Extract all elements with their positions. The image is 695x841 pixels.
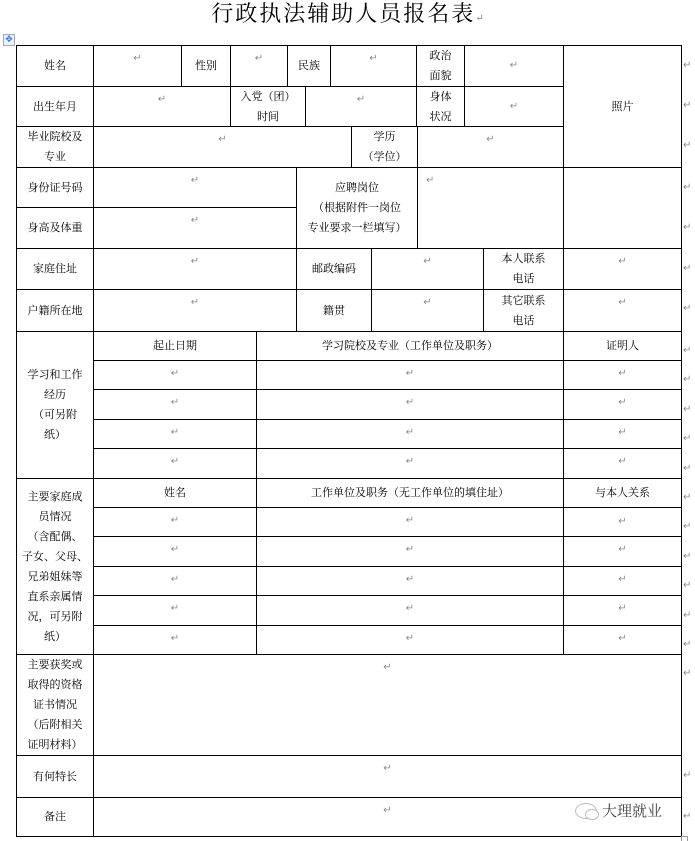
family-section-label: 主要家庭成 员情况 （含配偶、 子女、父母、 兄弟姐妹等 直系亲属情 况，可另附… [16, 478, 94, 655]
family-row-5-name[interactable]: ↵ [93, 625, 257, 655]
history-col-institution: 学习院校及专业（工作单位及职务） [256, 331, 564, 361]
phone-label: 本人联系 电话 [483, 248, 564, 290]
name-field[interactable]: ↵ [93, 45, 182, 87]
ethnicity-field[interactable]: ↵ [330, 45, 417, 87]
row-end-mark: ↵ [683, 811, 691, 822]
row-end-mark: ↵ [683, 182, 691, 193]
party-join-date-field[interactable]: ↵ [305, 86, 417, 127]
education-field[interactable]: ↵ [417, 126, 564, 168]
awards-field[interactable]: ↵ [93, 654, 682, 756]
family-row-2-employer[interactable]: ↵ [256, 536, 564, 567]
name-label: 姓名 [16, 45, 94, 87]
row-end-mark: ↵ [683, 140, 691, 151]
history-section-label: 学习和工作 经历 （可另附 纸） [16, 331, 94, 479]
party-join-date-label: 入党（团） 时间 [230, 86, 306, 127]
family-row-5-employer[interactable]: ↵ [256, 625, 564, 655]
history-row-3-institution[interactable]: ↵ [256, 419, 564, 449]
height-weight-label: 身高及体重 [16, 207, 94, 249]
health-field[interactable]: ↵ [464, 86, 564, 127]
id-number-label: 身份证号码 [16, 167, 94, 208]
birth-date-field[interactable]: ↵ [93, 86, 231, 127]
hukou-label: 户籍所在地 [16, 289, 94, 332]
hukou-field[interactable]: ↵ [93, 289, 297, 332]
family-row-3-name[interactable]: ↵ [93, 566, 257, 596]
history-row-2-dates[interactable]: ↵ [93, 389, 257, 420]
school-major-label: 毕业院校及 专业 [16, 126, 94, 168]
position-label: 应聘岗位 （根据附件一岗位 专业要求一栏填写） [296, 167, 418, 249]
watermark: 大理就业 [575, 800, 662, 821]
family-col-employer: 工作单位及职务（无工作单位的填住址） [256, 478, 564, 508]
history-row-1-institution[interactable]: ↵ [256, 360, 564, 390]
row-end-mark: ↵ [683, 100, 691, 111]
row-end-mark: ↵ [683, 668, 691, 679]
phone-field[interactable]: ↵ [563, 248, 682, 290]
home-address-field[interactable]: ↵ [93, 248, 297, 290]
history-row-3-witness[interactable]: ↵ [563, 419, 682, 449]
family-row-4-employer[interactable]: ↵ [256, 595, 564, 626]
row-end-mark: ↵ [683, 222, 691, 233]
gender-field[interactable]: ↵ [230, 45, 288, 87]
history-row-2-institution[interactable]: ↵ [256, 389, 564, 420]
native-place-field[interactable]: ↵ [371, 289, 484, 332]
row-end-mark: ↵ [683, 345, 691, 356]
family-col-relation: 与本人关系 [563, 478, 682, 508]
photo-box-lower [563, 167, 682, 249]
table-resize-handle-icon[interactable] [681, 836, 688, 841]
row-end-mark: ↵ [683, 263, 691, 274]
postal-code-field[interactable]: ↵ [371, 248, 484, 290]
title-text: 行政执法辅助人员报名表 [211, 2, 475, 27]
political-status-label: 政治 面貌 [416, 45, 465, 87]
other-phone-label: 其它联系 电话 [483, 289, 564, 332]
postal-code-label: 邮政编码 [296, 248, 372, 290]
family-row-1-name[interactable]: ↵ [93, 507, 257, 537]
family-row-5-relation[interactable]: ↵ [563, 625, 682, 655]
political-status-field[interactable]: ↵ [464, 45, 564, 87]
family-row-2-relation[interactable]: ↵ [563, 536, 682, 567]
history-row-1-witness[interactable]: ↵ [563, 360, 682, 390]
row-end-mark: ↵ [683, 374, 691, 385]
awards-label: 主要获奖或 取得的资格 证书情况 （后附相关 证明材料） [16, 654, 94, 756]
row-end-mark: ↵ [683, 303, 691, 314]
photo-box[interactable]: 照片 [563, 45, 682, 168]
row-end-mark: ↵ [683, 551, 691, 562]
row-end-mark: ↵ [683, 521, 691, 532]
family-row-3-employer[interactable]: ↵ [256, 566, 564, 596]
history-col-witness: 证明人 [563, 331, 682, 361]
gender-label: 性别 [181, 45, 231, 87]
family-row-2-name[interactable]: ↵ [93, 536, 257, 567]
other-phone-field[interactable]: ↵ [563, 289, 682, 332]
history-row-3-dates[interactable]: ↵ [93, 419, 257, 449]
remarks-label: 备注 [16, 797, 94, 837]
paragraph-mark: ↵ [475, 13, 483, 24]
specialties-field[interactable]: ↵ [93, 755, 682, 798]
health-label: 身体 状况 [416, 86, 465, 127]
row-end-mark: ↵ [683, 60, 691, 71]
history-row-4-institution[interactable]: ↵ [256, 448, 564, 479]
row-end-mark: ↵ [683, 404, 691, 415]
family-row-3-relation[interactable]: ↵ [563, 566, 682, 596]
history-row-1-dates[interactable]: ↵ [93, 360, 257, 390]
birth-date-label: 出生年月 [16, 86, 94, 127]
document-title: 行政执法辅助人员报名表↵ [0, 0, 695, 30]
family-col-name: 姓名 [93, 478, 257, 508]
specialties-label: 有何特长 [16, 755, 94, 798]
history-row-4-dates[interactable]: ↵ [93, 448, 257, 479]
table-move-handle-icon[interactable]: ✥ [3, 34, 15, 46]
row-end-mark: ↵ [683, 639, 691, 650]
height-weight-field[interactable]: ↵ [93, 207, 297, 249]
history-row-4-witness[interactable]: ↵ [563, 448, 682, 479]
position-field[interactable]: ↵ [417, 167, 564, 249]
family-row-4-relation[interactable]: ↵ [563, 595, 682, 626]
row-end-mark: ↵ [683, 770, 691, 781]
family-row-1-employer[interactable]: ↵ [256, 507, 564, 537]
family-row-1-relation[interactable]: ↵ [563, 507, 682, 537]
row-end-mark: ↵ [683, 433, 691, 444]
watermark-text: 大理就业 [602, 800, 662, 821]
history-col-dates: 起止日期 [93, 331, 257, 361]
row-end-mark: ↵ [683, 463, 691, 474]
id-number-field[interactable]: ↵ [93, 167, 297, 208]
row-end-mark: ↵ [683, 492, 691, 503]
family-row-4-name[interactable]: ↵ [93, 595, 257, 626]
row-end-mark: ↵ [683, 610, 691, 621]
wechat-icon [575, 803, 597, 819]
row-end-mark: ↵ [683, 580, 691, 591]
native-place-label: 籍贯 [296, 289, 372, 332]
school-major-field[interactable]: ↵ [93, 126, 352, 168]
ethnicity-label: 民族 [287, 45, 331, 87]
history-row-2-witness[interactable]: ↵ [563, 389, 682, 420]
education-label: 学历 （学位） [351, 126, 418, 168]
home-address-label: 家庭住址 [16, 248, 94, 290]
